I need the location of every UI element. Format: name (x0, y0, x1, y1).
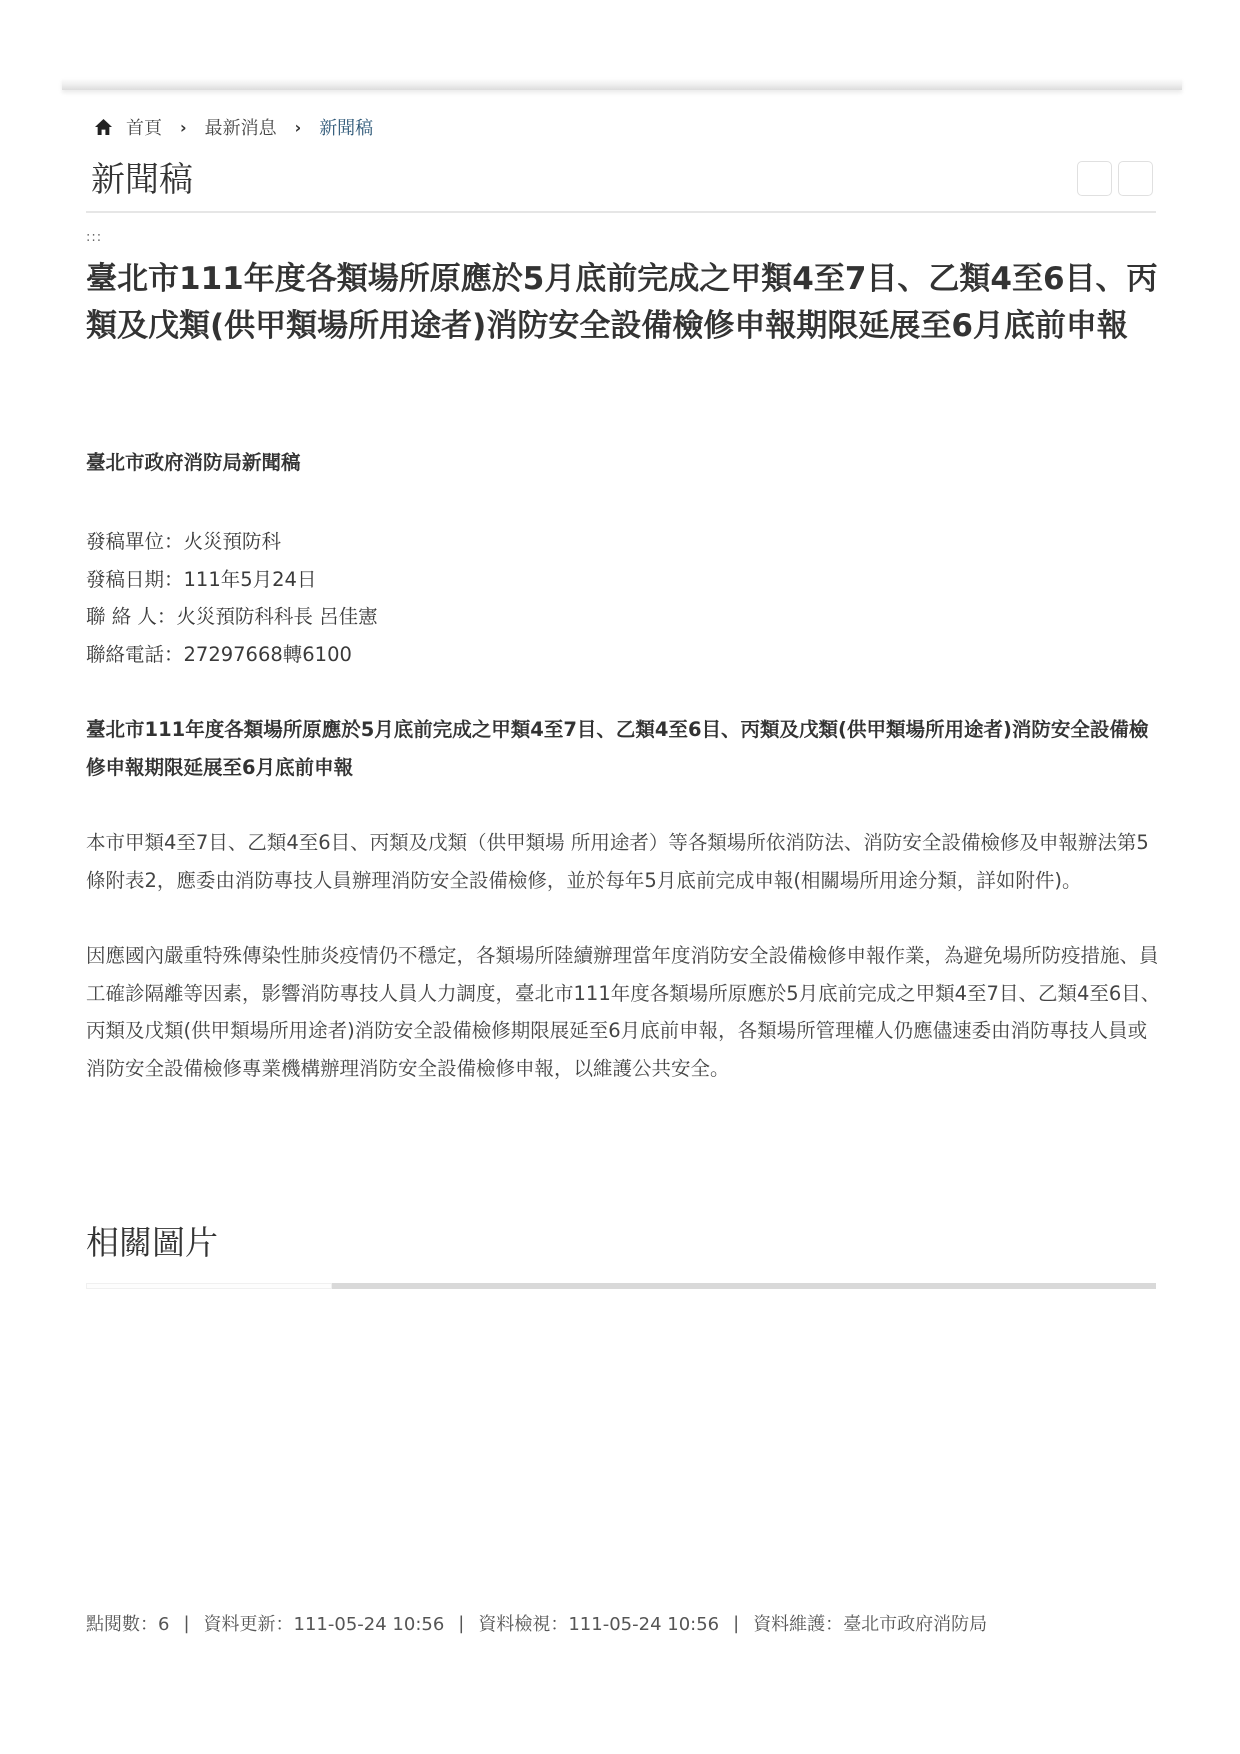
footer-updated: 資料更新：111-05-24 10:56 (204, 1610, 445, 1636)
title-actions (1077, 161, 1153, 196)
footer-label: 資料維護： (753, 1614, 843, 1635)
page-title: 新聞稿 (91, 158, 193, 202)
footer-maintainer: 資料維護：臺北市政府消防局 (753, 1610, 987, 1636)
footer-info: 點閱數：6 | 資料更新：111-05-24 10:56 | 資料檢視：111-… (86, 1610, 987, 1636)
footer-separator: | (458, 1613, 464, 1634)
gallery-scrollbar-thumb[interactable] (86, 1283, 332, 1289)
meta-value: 火災預防科 (184, 530, 282, 553)
article-content: 臺北市政府消防局新聞稿 發稿單位：火災預防科 發稿日期：111年5月24日 聯 … (86, 448, 1161, 1087)
home-icon[interactable] (95, 119, 112, 135)
article-subheading: 臺北市政府消防局新聞稿 (86, 448, 1161, 478)
footer-separator: | (733, 1613, 739, 1634)
action-button-2[interactable] (1118, 161, 1153, 196)
meta-label: 聯絡電話： (86, 643, 184, 666)
meta-value: 27297668轉6100 (184, 643, 352, 666)
footer-value: 111-05-24 10:56 (294, 1614, 445, 1635)
related-images-title: 相關圖片 (86, 1222, 218, 1264)
article-summary: 臺北市111年度各類場所原應於5月底前完成之甲類4至7目、乙類4至6目、丙類及戊… (86, 711, 1161, 786)
footer-label: 點閱數： (86, 1614, 158, 1635)
breadcrumb-news-link[interactable]: 最新消息 (205, 114, 277, 140)
article-title: 臺北市111年度各類場所原應於5月底前完成之甲類4至7目、乙類4至6目、丙類及戊… (86, 256, 1166, 350)
article-paragraph: 本市甲類4至7目、乙類4至6目、丙類及戊類（供甲類場 所用途者）等各類場所依消防… (86, 824, 1161, 899)
footer-value: 6 (158, 1614, 169, 1635)
article-meta: 發稿單位：火災預防科 發稿日期：111年5月24日 聯 絡 人：火災預防科科長 … (86, 523, 1161, 673)
title-divider (86, 211, 1156, 213)
meta-date: 發稿日期：111年5月24日 (86, 561, 1161, 599)
footer-value: 111-05-24 10:56 (568, 1614, 719, 1635)
meta-label: 發稿日期： (86, 568, 184, 591)
action-button-1[interactable] (1077, 161, 1112, 196)
gallery-scrollbar[interactable] (86, 1283, 1156, 1289)
meta-phone: 聯絡電話：27297668轉6100 (86, 636, 1161, 674)
article-paragraph: 因應國內嚴重特殊傳染性肺炎疫情仍不穩定，各類場所陸續辦理當年度消防安全設備檢修申… (86, 937, 1161, 1087)
footer-reviewed: 資料檢視：111-05-24 10:56 (478, 1610, 719, 1636)
footer-value: 臺北市政府消防局 (843, 1614, 987, 1635)
breadcrumb-current[interactable]: 新聞稿 (319, 114, 373, 140)
breadcrumb: 首頁 › 最新消息 › 新聞稿 (95, 114, 373, 140)
meta-label: 聯 絡 人： (86, 605, 176, 628)
footer-separator: | (183, 1613, 189, 1634)
meta-value: 火災預防科科長 呂佳憲 (176, 605, 377, 628)
meta-label: 發稿單位： (86, 530, 184, 553)
footer-views: 點閱數：6 (86, 1610, 169, 1636)
meta-unit: 發稿單位：火災預防科 (86, 523, 1161, 561)
footer-label: 資料檢視： (478, 1614, 568, 1635)
meta-contact: 聯 絡 人：火災預防科科長 呂佳憲 (86, 598, 1161, 636)
breadcrumb-separator-icon: › (295, 118, 302, 137)
accesskey-anchor[interactable]: ::: (86, 230, 102, 245)
footer-label: 資料更新： (204, 1614, 294, 1635)
breadcrumb-separator-icon: › (180, 118, 187, 137)
breadcrumb-home-link[interactable]: 首頁 (126, 114, 162, 140)
header-shadow-bar (62, 78, 1182, 90)
meta-value: 111年5月24日 (184, 568, 317, 591)
